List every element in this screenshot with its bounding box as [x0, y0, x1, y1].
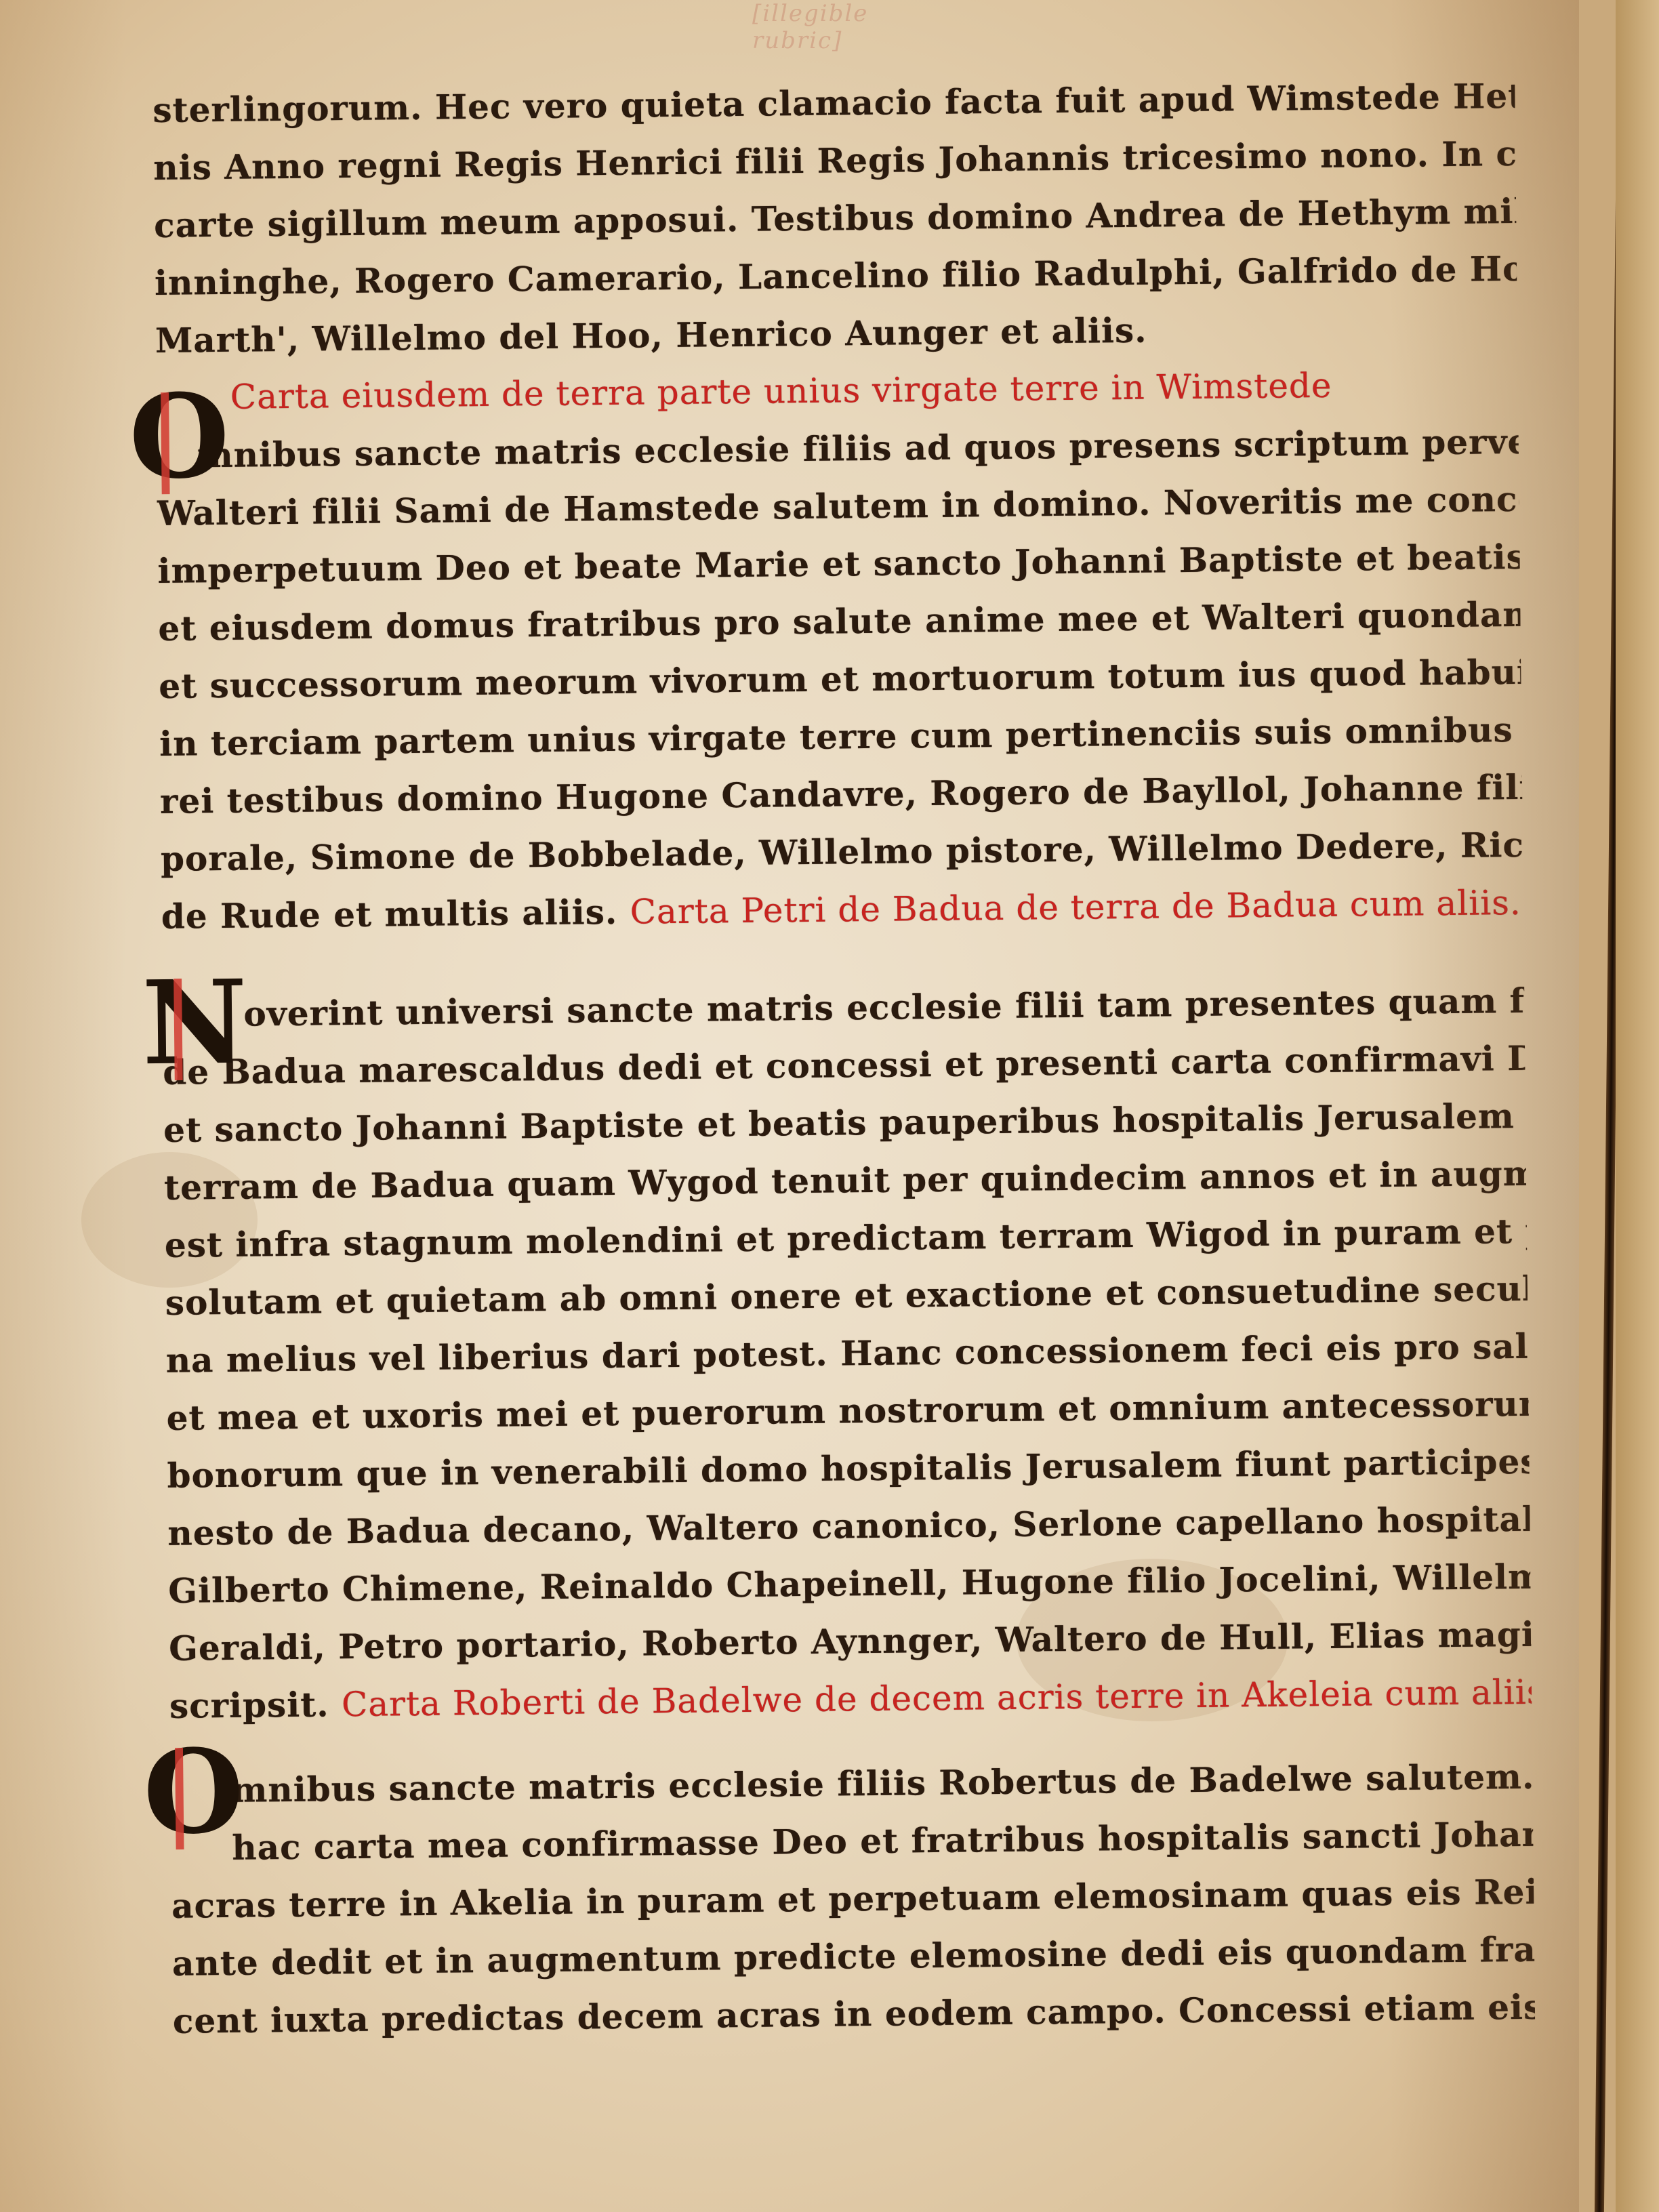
charter-end: sterlingorum. Hec vero quieta clamacio f… — [152, 67, 1517, 369]
initial-red-stroke: | — [161, 970, 196, 1073]
text-segment: de Rude et multis aliis. — [161, 892, 618, 937]
decorated-initial: O | — [143, 1734, 245, 1851]
text-segment: scripsit. — [169, 1684, 329, 1725]
manuscript-page: [illegible rubric] sterlingorum. Hec ver… — [0, 0, 1579, 2212]
decorated-initial: N | — [142, 965, 248, 1082]
charter-petrus-de-badua: N | overint universi sancte matris eccle… — [162, 972, 1532, 1735]
initial-red-stroke: | — [148, 385, 183, 487]
charter-robertus-de-badelwe: O | mnibus sancte matris ecclesie filiis… — [170, 1748, 1535, 2050]
text-block: sterlingorum. Hec vero quieta clamacio f… — [152, 67, 1535, 2050]
facing-page-edge — [1616, 0, 1659, 2212]
rubric-heading: Carta Petri de Badua de terra de Badua c… — [630, 883, 1521, 932]
charter-beatrix: O | mnibus sancte matris ecclesie filiis… — [156, 413, 1523, 945]
running-head: [illegible rubric] — [752, 0, 874, 24]
initial-red-stroke: | — [162, 1740, 197, 1842]
rubric-heading: Carta Roberti de Badelwe de decem acris … — [342, 1670, 1532, 1724]
decorated-initial: O | — [129, 379, 230, 495]
